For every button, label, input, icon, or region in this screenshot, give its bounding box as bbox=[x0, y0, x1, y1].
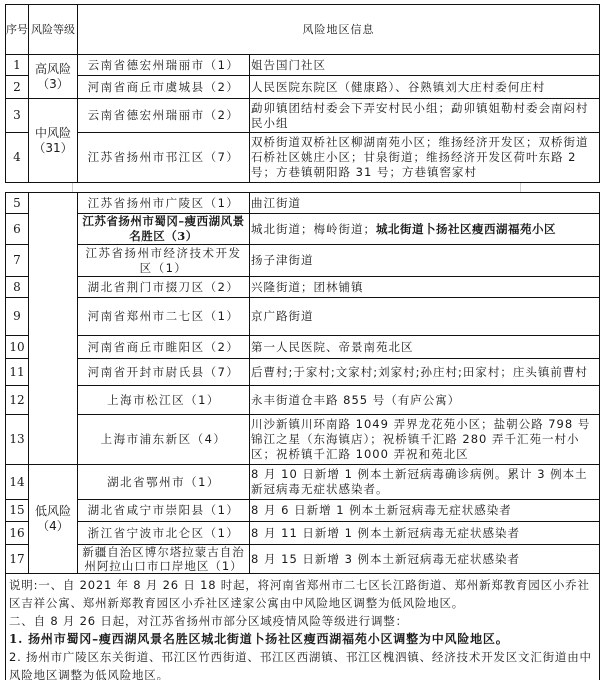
row-number: 7 bbox=[6, 245, 29, 277]
region-cell: 江苏省扬州市邗江区（7） bbox=[78, 133, 250, 183]
region-cell: 上海市松江区（1） bbox=[78, 386, 250, 415]
row-number: 1 bbox=[6, 55, 29, 76]
table-row: 8 湖北省荆门市掇刀区（2） 兴隆街道；团林铺镇 bbox=[6, 277, 600, 298]
region-cell: 新疆自治区博尔塔拉蒙古自治州阿拉山口市口岸地区（1） bbox=[78, 545, 250, 574]
note-line-4: 2. 扬州市广陵区东关街道、邗江区竹西街道、邗江区西湖镇、邗江区槐泗镇、经济技术… bbox=[9, 648, 596, 680]
region-cell: 河南省开封市尉氏县（7） bbox=[78, 359, 250, 386]
header-info: 风险地区信息 bbox=[78, 5, 600, 55]
table-row: 13 上海市浦东新区（4） 川沙新镇川环南路 1049 弄界龙花苑小区；盐朝公路… bbox=[6, 415, 600, 465]
risk-level-medium: 中风险（31） bbox=[29, 99, 78, 183]
row-number: 3 bbox=[6, 99, 29, 133]
table-row: 5 江苏省扬州市广陵区（1） 曲江街道 bbox=[6, 193, 600, 214]
detail-cell: 勐卯镇团结村委会下弄安村民小组；勐卯镇姐勒村委会南闷村民小组 bbox=[250, 99, 600, 133]
detail-cell: 京广路街道 bbox=[250, 298, 600, 336]
row-number: 13 bbox=[6, 415, 29, 465]
note-line-3: 1. 扬州市蜀冈–瘦西湖风景名胜区城北街道卜扬社区瘦西湖福苑小区调整为中风险地区… bbox=[9, 630, 596, 648]
page-break-line bbox=[520, 183, 521, 192]
detail-cell: 姐告国门社区 bbox=[250, 55, 600, 76]
risk-level-high: 高风险（3） bbox=[29, 55, 78, 99]
table-row: 16 浙江省宁波市北仑区（1） 8 月 11 日新增 1 例本土新冠病毒无症状感… bbox=[6, 522, 600, 545]
header-level: 风险等级 bbox=[29, 5, 78, 55]
row-number: 8 bbox=[6, 277, 29, 298]
region-cell: 浙江省宁波市北仑区（1） bbox=[78, 522, 250, 545]
detail-cell: 8 月 15 日新增 3 例本土新冠病毒无症状感染者 bbox=[250, 545, 600, 574]
row-number: 10 bbox=[6, 336, 29, 359]
table-row: 17 新疆自治区博尔塔拉蒙古自治州阿拉山口市口岸地区（1） 8 月 15 日新增… bbox=[6, 545, 600, 574]
region-cell: 湖北省咸宁市崇阳县（1） bbox=[78, 500, 250, 522]
table-row: 7 江苏省扬州市经济技术开发区（1） 扬子津街道 bbox=[6, 245, 600, 277]
note-line-2: 二、自 8 月 26 日起，对江苏省扬州市部分区域疫情风险等级进行调整： bbox=[9, 612, 596, 630]
table-row: 12 上海市松江区（1） 永丰街道仓丰路 855 号（有庐公寓） bbox=[6, 386, 600, 415]
table-row: 6 江苏省扬州市蜀冈–瘦西湖风景名胜区（3） 城北街道；梅岭街道；城北街道卜扬社… bbox=[6, 214, 600, 245]
region-cell: 湖北省荆门市掇刀区（2） bbox=[78, 277, 250, 298]
risk-level-medium-continued bbox=[29, 193, 78, 465]
header-seq: 序号 bbox=[6, 5, 29, 55]
table-row: 3 中风险（31） 云南省德宏州瑞丽市（2） 勐卯镇团结村委会下弄安村民小组；勐… bbox=[6, 99, 600, 133]
row-number: 9 bbox=[6, 298, 29, 336]
note-line-1: 说明:一、自 2021 年 8 月 26 日 18 时起，将河南省郑州市二七区长… bbox=[9, 576, 596, 612]
detail-cell: 永丰街道仓丰路 855 号（有庐公寓） bbox=[250, 386, 600, 415]
notes-row: 说明:一、自 2021 年 8 月 26 日 18 时起，将河南省郑州市二七区长… bbox=[6, 574, 600, 680]
detail-cell: 第一人民医院、帝景南苑北区 bbox=[250, 336, 600, 359]
detail-cell: 曲江街道 bbox=[250, 193, 600, 214]
table-row: 14 低风险（4） 湖北省鄂州市（1） 8 月 10 日新增 1 例本土新冠病毒… bbox=[6, 465, 600, 500]
region-cell: 云南省德宏州瑞丽市（1） bbox=[78, 55, 250, 76]
detail-cell: 双桥街道双桥社区柳湖南苑小区；维扬经济开发区；双桥街道石桥社区姚庄小区；甘泉街道… bbox=[250, 133, 600, 183]
risk-table-part-1: 序号 风险等级 风险地区信息 1 高风险（3） 云南省德宏州瑞丽市（1） 姐告国… bbox=[5, 4, 600, 183]
risk-table-part-2: 5 江苏省扬州市广陵区（1） 曲江街道 6 江苏省扬州市蜀冈–瘦西湖风景名胜区（… bbox=[5, 192, 600, 680]
table-row: 1 高风险（3） 云南省德宏州瑞丽市（1） 姐告国门社区 bbox=[6, 55, 600, 76]
table-row: 11 河南省开封市尉氏县（7） 后曹村;于家村;文家村;刘家村;孙庄村;田家村；… bbox=[6, 359, 600, 386]
region-cell: 湖北省鄂州市（1） bbox=[78, 465, 250, 500]
detail-cell: 8 月 6 日新增 1 例本土新冠病毒无症状感染者 bbox=[250, 500, 600, 522]
row-number: 14 bbox=[6, 465, 29, 500]
region-cell: 江苏省扬州市经济技术开发区（1） bbox=[78, 245, 250, 277]
detail-cell: 后曹村;于家村;文家村;刘家村;孙庄村;田家村；庄头镇前曹村 bbox=[250, 359, 600, 386]
row-number: 12 bbox=[6, 386, 29, 415]
table-row: 4 江苏省扬州市邗江区（7） 双桥街道双桥社区柳湖南苑小区；维扬经济开发区；双桥… bbox=[6, 133, 600, 183]
table-header-row: 序号 风险等级 风险地区信息 bbox=[6, 5, 600, 55]
row-number: 17 bbox=[6, 545, 29, 574]
notes-cell: 说明:一、自 2021 年 8 月 26 日 18 时起，将河南省郑州市二七区长… bbox=[6, 574, 600, 680]
region-cell: 河南省商丘市睢阳区（2） bbox=[78, 336, 250, 359]
region-cell: 上海市浦东新区（4） bbox=[78, 415, 250, 465]
detail-cell: 8 月 10 日新增 1 例本土新冠病毒确诊病例。累计 3 例本土新冠病毒无症状… bbox=[250, 465, 600, 500]
table-row: 15 湖北省咸宁市崇阳县（1） 8 月 6 日新增 1 例本土新冠病毒无症状感染… bbox=[6, 500, 600, 522]
row-number: 2 bbox=[6, 76, 29, 99]
row-number: 11 bbox=[6, 359, 29, 386]
row-number: 5 bbox=[6, 193, 29, 214]
row-number: 16 bbox=[6, 522, 29, 545]
region-cell: 江苏省扬州市广陵区（1） bbox=[78, 193, 250, 214]
row-number: 4 bbox=[6, 133, 29, 183]
detail-normal-text: 城北街道；梅岭街道； bbox=[251, 222, 376, 236]
region-cell: 河南省商丘市虞城县（2） bbox=[78, 76, 250, 99]
detail-cell: 城北街道；梅岭街道；城北街道卜扬社区瘦西湖福苑小区 bbox=[250, 214, 600, 245]
table-row: 10 河南省商丘市睢阳区（2） 第一人民医院、帝景南苑北区 bbox=[6, 336, 600, 359]
table-row: 9 河南省郑州市二七区（1） 京广路街道 bbox=[6, 298, 600, 336]
row-number: 15 bbox=[6, 500, 29, 522]
region-cell: 江苏省扬州市蜀冈–瘦西湖风景名胜区（3） bbox=[78, 214, 250, 245]
detail-bold-text: 城北街道卜扬社区瘦西湖福苑小区 bbox=[376, 222, 556, 236]
detail-cell: 人民医院东院区（健康路）、谷熟镇刘大庄村委何庄村 bbox=[250, 76, 600, 99]
detail-cell: 扬子津街道 bbox=[250, 245, 600, 277]
region-cell: 云南省德宏州瑞丽市（2） bbox=[78, 99, 250, 133]
region-cell: 河南省郑州市二七区（1） bbox=[78, 298, 250, 336]
row-number: 6 bbox=[6, 214, 29, 245]
detail-cell: 8 月 11 日新增 1 例本土新冠病毒无症状感染者 bbox=[250, 522, 600, 545]
risk-level-low: 低风险（4） bbox=[29, 465, 78, 574]
detail-cell: 川沙新镇川环南路 1049 弄界龙花苑小区；盐朝公路 798 号锦江之星（东海镇… bbox=[250, 415, 600, 465]
detail-cell: 兴隆街道；团林铺镇 bbox=[250, 277, 600, 298]
page-break-line bbox=[72, 183, 73, 192]
table-row: 2 河南省商丘市虞城县（2） 人民医院东院区（健康路）、谷熟镇刘大庄村委何庄村 bbox=[6, 76, 600, 99]
